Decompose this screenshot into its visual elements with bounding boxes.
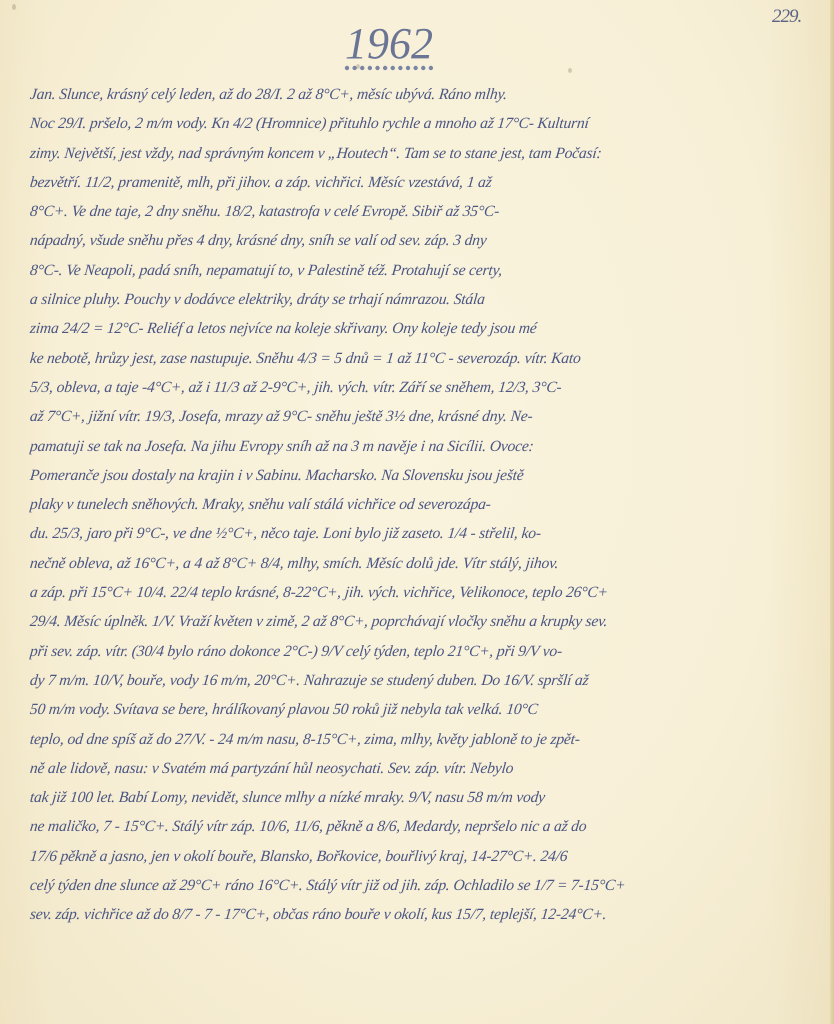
text-line: Pomeranče jsou dostaly na krajin i v Sab… [28,461,821,490]
text-line: dy 7 m/m. 10/V, bouře, vody 16 m/m, 20°C… [28,666,821,695]
text-line: sev. záp. vichřice až do 8/7 - 7 - 17°C+… [28,900,821,929]
text-line: celý týden dne slunce až 29°C+ ráno 16°C… [28,871,821,900]
text-line: a záp. při 15°C+ 10/4. 22/4 teplo krásné… [28,578,821,607]
text-line: nečně obleva, až 16°C+, a 4 až 8°C+ 8/4,… [28,549,821,578]
diary-page: 229. 1962 Jan. Slunce, krásný celý leden… [0,0,834,1024]
year-title: 1962 [345,18,433,69]
text-line: až 7°C+, jižní vítr. 19/3, Josefa, mrazy… [28,402,821,431]
text-line: při sev. záp. vítr. (30/4 bylo ráno doko… [28,637,821,666]
text-line: ne maličko, 7 - 15°C+. Stálý vítr záp. 1… [28,812,821,841]
text-line: a silnice pluhy. Pouchy v dodávce elektr… [28,285,821,314]
text-line: teplo, od dne spíš až do 27/V. - 24 m/m … [28,725,821,754]
text-line: Noc 29/I. pršelo, 2 m/m vody. Kn 4/2 (Hr… [28,109,821,138]
paper-speck [12,4,16,10]
text-line: Jan. Slunce, krásný celý leden, až do 28… [28,80,821,109]
text-line: tak již 100 let. Babí Lomy, nevidět, slu… [28,783,821,812]
text-line: nápadný, všude sněhu přes 4 dny, krásné … [28,226,821,255]
text-line: zima 24/2 = 12°C- Reliéf a letos nejvíce… [28,314,821,343]
text-line: bezvětří. 11/2, pramenitě, mlh, při jiho… [28,168,821,197]
paper-speck [568,68,572,73]
text-line: 8°C-. Ve Neapoli, padá sníh, nepamatují … [28,256,821,285]
text-line: 17/6 pěkně a jasno, jen v okolí bouře, B… [28,842,821,871]
text-line: pamatuji se tak na Josefa. Na jihu Evrop… [28,432,821,461]
page-number: 229. [772,6,801,28]
text-line: ně ale lidově, nasu: v Svatém má partyzá… [28,754,821,783]
text-line: plaky v tunelech sněhových. Mraky, sněhu… [28,490,821,519]
text-line: 5/3, obleva, a taje -4°C+, až i 11/3 až … [28,373,821,402]
text-line: zimy. Největší, jest vždy, nad správným … [28,139,821,168]
text-line: 50 m/m vody. Svítava se bere, hrálíkovan… [28,695,821,724]
page-edge [830,0,834,1024]
text-line: 29/4. Měsíc úplněk. 1/V. Vraží květen v … [28,607,821,636]
diary-text: Jan. Slunce, krásný celý leden, až do 28… [30,80,820,930]
text-line: 8°C+. Ve dne taje, 2 dny sněhu. 18/2, ka… [28,197,821,226]
text-line: du. 25/3, jaro při 9°C-, ve dne ½°C+, ně… [28,519,821,548]
text-line: ke nebotě, hrůzy jest, zase nastupuje. S… [28,344,821,373]
